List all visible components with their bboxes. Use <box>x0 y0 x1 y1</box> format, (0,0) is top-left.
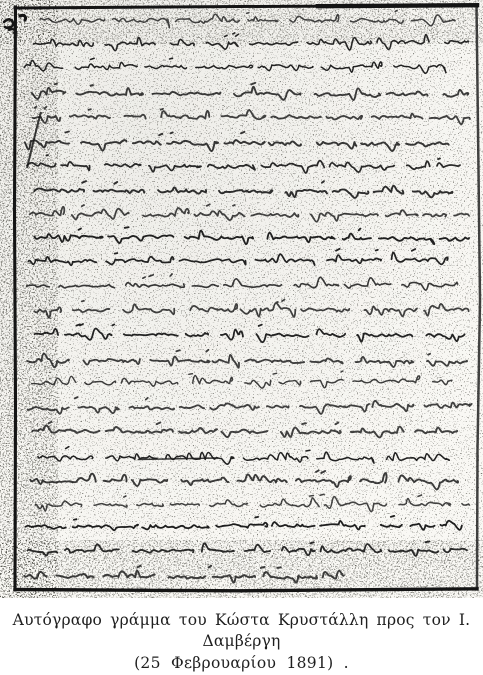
caption-line-1: Αυτόγραφο γράμμα του Κώστα Κρυστάλλη προ… <box>0 610 483 652</box>
caption-line-2: (25 Φεβρουαρίου 1891) . <box>0 652 483 675</box>
scan-noise <box>0 0 483 598</box>
handwriting-canvas <box>0 0 483 598</box>
figure-caption: Αυτόγραφο γράμμα του Κώστα Κρυστάλλη προ… <box>0 610 483 675</box>
book-page: Αυτόγραφο γράμμα του Κώστα Κρυστάλλη προ… <box>0 0 483 675</box>
manuscript-scan <box>0 0 483 598</box>
